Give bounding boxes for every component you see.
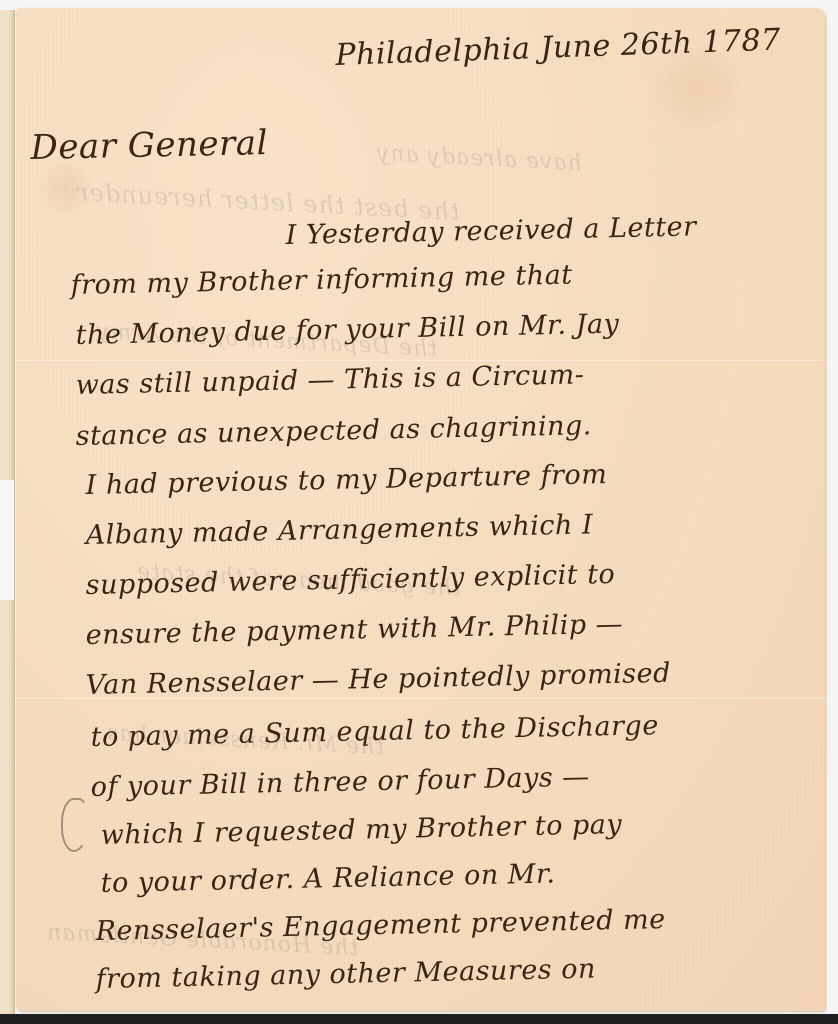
letter-line: to pay me a Sum equal to the Discharge bbox=[90, 710, 659, 753]
letter-line: of your Bill in three or four Days — bbox=[90, 762, 590, 803]
letter-line: which I requested my Brother to pay bbox=[100, 809, 622, 851]
letter-line: to your order. A Reliance on Mr. bbox=[100, 858, 555, 899]
bleed-through-text: have already any bbox=[375, 141, 582, 177]
letter-line: Albany made Arrangements which I bbox=[85, 509, 593, 551]
letter-line: was still unpaid — This is a Circum- bbox=[75, 359, 584, 401]
letter-line: from taking any other Measures on bbox=[95, 954, 596, 995]
letter-page: have already any the best the letter her… bbox=[16, 8, 825, 1011]
adjacent-page-edge bbox=[0, 10, 15, 1015]
letter-line: Van Rensselaer — He pointedly promised bbox=[85, 658, 671, 701]
document-viewer: have already any the best the letter her… bbox=[0, 0, 838, 1024]
letter-line: stance as unexpected as chagrining. bbox=[75, 410, 592, 452]
ink-flourish bbox=[61, 798, 89, 852]
letter-salutation: Dear General bbox=[30, 123, 268, 168]
letter-line: ensure the payment with Mr. Philip — bbox=[85, 609, 623, 651]
letter-line: from my Brother informing me that bbox=[70, 259, 573, 301]
page-edge-notch bbox=[0, 480, 14, 600]
letter-line: Rensselaer's Engagement prevented me bbox=[95, 904, 666, 947]
viewer-bottom-bar bbox=[0, 1014, 838, 1024]
letter-line: I had previous to my Departure from bbox=[85, 459, 607, 501]
letter-line: the Money due for your Bill on Mr. Jay bbox=[75, 309, 619, 351]
